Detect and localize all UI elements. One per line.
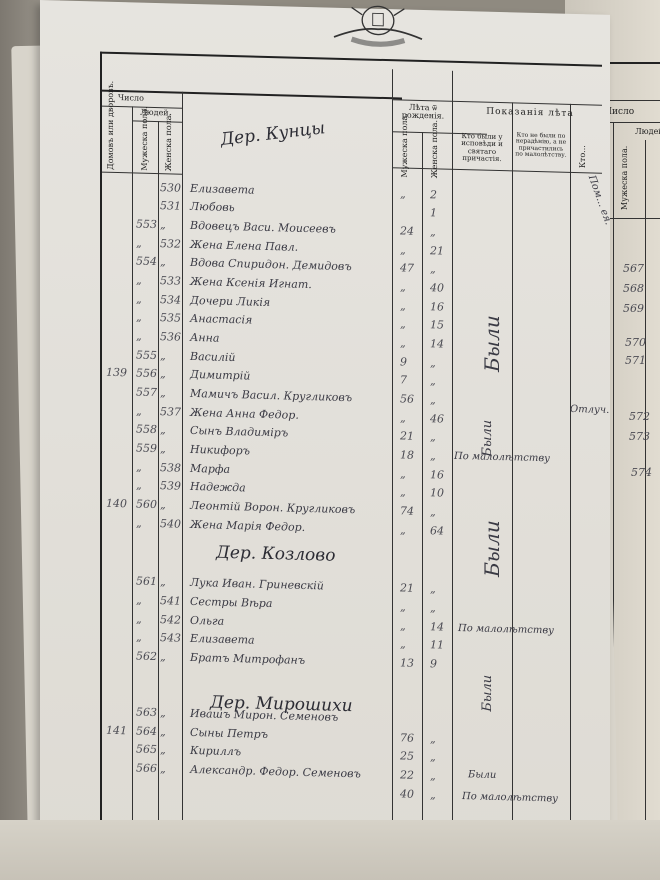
remark-vertical: Были (480, 642, 495, 712)
row-m: 562 (136, 650, 157, 664)
row-age-f: „ (430, 262, 436, 275)
row-name: Анна (190, 331, 219, 345)
row-age-m: 7 (400, 373, 407, 386)
row-m: 565 (136, 743, 157, 757)
right-header-people: Людей. (635, 128, 660, 136)
row-m: 560 (136, 498, 157, 512)
row-age-f: 11 (430, 638, 444, 651)
row-age-f: „ (430, 430, 436, 443)
row-age-f: „ (430, 769, 436, 782)
row-age-m: 22 (400, 768, 414, 781)
row-name: Ольга (190, 614, 224, 628)
row-age-f: 9 (430, 657, 437, 670)
row-age-f: „ (430, 393, 436, 406)
row-f: 535 (160, 311, 181, 325)
row-household: 141 (106, 724, 127, 738)
row-age-f: 2 (430, 188, 437, 201)
row-f: 534 (160, 293, 181, 307)
row-age-f: „ (430, 601, 436, 614)
row-age-f: „ (430, 582, 436, 595)
row-f: 530 (160, 181, 181, 195)
row-m: 563 (136, 706, 157, 720)
row-f: „ (160, 575, 166, 588)
row-f: „ (160, 725, 166, 738)
row-age-m: „ (400, 336, 406, 349)
row-age-m: 25 (400, 749, 414, 762)
row-name: Димитрій (190, 368, 250, 383)
row-age-f: 16 (430, 300, 444, 313)
row-age-m: „ (400, 187, 406, 200)
row-age-m: „ (400, 280, 406, 293)
row-age-f: 14 (430, 337, 444, 350)
row-household: 140 (106, 497, 127, 511)
row-name: Марфа (190, 462, 230, 476)
row-age-m: „ (400, 299, 406, 312)
row-f: „ (160, 442, 166, 455)
row-age-m: „ (400, 523, 406, 536)
row-m: „ (136, 237, 142, 250)
right-col-male: Мужеска пола. (620, 140, 629, 210)
row-m: „ (136, 311, 142, 324)
row-f: 531 (160, 199, 181, 213)
right-number: 568 (623, 282, 644, 295)
row-age-m: 21 (400, 429, 414, 442)
row-age-f: „ (430, 449, 436, 462)
row-m: „ (136, 330, 142, 343)
row-f: „ (160, 367, 166, 380)
row-age-f: 16 (430, 468, 444, 481)
row-name: Любовь (190, 200, 235, 214)
ledger-page: Число Людей. Домовъ или дворовъ. Мужеска… (40, 0, 610, 875)
row-m: 553 (136, 218, 157, 232)
right-number: 574 (631, 466, 652, 479)
row-age-m: „ (400, 485, 406, 498)
row-f: 539 (160, 479, 181, 493)
header-age-male: Мужеска пола. (400, 137, 409, 177)
row-name: Сыны Петръ (190, 726, 268, 741)
row-age-m: 74 (400, 504, 414, 517)
row-f: 533 (160, 274, 181, 288)
right-number: 571 (625, 354, 646, 367)
row-m: „ (136, 631, 142, 644)
row-name: Анастасія (190, 312, 252, 327)
row-age-m: „ (400, 619, 406, 632)
right-number: 573 (629, 430, 650, 443)
row-age-f: 15 (430, 318, 444, 331)
row-m: „ (136, 461, 142, 474)
row-age-f: „ (430, 788, 436, 801)
row-f: „ (160, 218, 166, 231)
header-not-confessed: Кто не были по нерадѣнію, а не причастил… (514, 132, 568, 159)
row-m: „ (136, 405, 142, 418)
row-m: 564 (136, 725, 157, 739)
row-f: „ (160, 743, 166, 756)
header-confessed: Кто были у исповѣди и святаго причастія. (454, 133, 510, 164)
row-m: 556 (136, 367, 157, 381)
row-name: Никифоръ (190, 443, 250, 458)
row-age-f: 46 (430, 412, 444, 425)
row-age-f: „ (430, 374, 436, 387)
header-age-female: Женска пола. (430, 138, 439, 178)
row-age-f: „ (430, 750, 436, 763)
row-f: 543 (160, 631, 181, 645)
remark-vertical: Были (480, 507, 504, 578)
row-m: „ (136, 479, 142, 492)
row-f: 536 (160, 330, 181, 344)
row-name: Надежда (190, 480, 246, 494)
row-name: Елизавета (190, 632, 255, 647)
row-m: 559 (136, 442, 157, 456)
row-f: „ (160, 349, 166, 362)
row-age-m: 18 (400, 448, 414, 461)
row-f: 542 (160, 613, 181, 627)
row-f: 540 (160, 517, 181, 531)
row-m: „ (136, 274, 142, 287)
remark-were: Были (468, 769, 496, 781)
row-age-f: 10 (430, 486, 444, 499)
row-age-m: „ (400, 317, 406, 330)
row-age-f: „ (430, 505, 436, 518)
header-number: Число (118, 94, 144, 103)
row-name: Сестры Вѣра (190, 595, 272, 610)
page-edges (0, 820, 660, 880)
section-title: Дер. Козлово (216, 543, 335, 566)
row-m: 555 (136, 349, 157, 363)
header-male: Мужеска пола. (140, 127, 149, 171)
row-f: 532 (160, 237, 181, 251)
row-age-f: 21 (430, 244, 444, 257)
row-age-m: „ (400, 243, 406, 256)
row-m: „ (136, 293, 142, 306)
row-f: „ (160, 650, 166, 663)
row-age-f: „ (430, 732, 436, 745)
row-name: Жена Елена Павл. (190, 238, 298, 254)
right-number: 572 (629, 410, 650, 423)
row-age-m: 13 (400, 656, 414, 669)
row-m: 566 (136, 762, 157, 776)
row-age-f: 1 (430, 206, 437, 219)
right-number: 570 (625, 336, 646, 349)
row-f: „ (160, 255, 166, 268)
row-age-f: 64 (430, 524, 444, 537)
eagle-emblem-icon (318, 1, 438, 48)
row-age-f: 14 (430, 620, 444, 633)
row-age-m: „ (400, 637, 406, 650)
row-age-m: „ (400, 467, 406, 480)
row-f: „ (160, 706, 166, 719)
row-m: 558 (136, 423, 157, 437)
row-f: „ (160, 423, 166, 436)
row-f: „ (160, 762, 166, 775)
row-f: „ (160, 386, 166, 399)
row-age-m: 76 (400, 731, 414, 744)
row-age-m: 56 (400, 392, 414, 405)
row-name: Елизавета (190, 182, 255, 197)
row-age-m: 21 (400, 581, 414, 594)
row-name: Василій (190, 350, 236, 364)
header-female: Женска пола. (164, 127, 173, 171)
row-f: 541 (160, 594, 181, 608)
remark-only: Отлуч. (570, 404, 609, 416)
row-m: 561 (136, 575, 157, 589)
remark-vertical: Были (480, 222, 504, 373)
row-age-f: 40 (430, 281, 444, 294)
remark-vertical: Были (480, 397, 495, 457)
row-name: Сынъ Владиміръ (190, 424, 288, 440)
row-age-f: „ (430, 225, 436, 238)
row-age-m: 24 (400, 224, 414, 237)
row-f: 537 (160, 405, 181, 419)
row-age-m: 40 (400, 787, 414, 800)
row-m: „ (136, 613, 142, 626)
row-household: 139 (106, 366, 127, 380)
row-age-m: „ (400, 600, 406, 613)
row-age-m: „ (400, 411, 406, 424)
row-m: „ (136, 517, 142, 530)
row-age-m: 47 (400, 261, 414, 274)
row-m: „ (136, 594, 142, 607)
row-age-m: 9 (400, 355, 407, 368)
row-f: „ (160, 498, 166, 511)
header-extra: Кто... (578, 134, 587, 168)
header-households: Домовъ или дворовъ. (106, 114, 115, 170)
right-number: 569 (623, 302, 644, 315)
row-name: Дочери Ликія (190, 294, 270, 309)
row-name: Кириллъ (190, 744, 241, 758)
row-m: 557 (136, 386, 157, 400)
right-number: 567 (623, 262, 644, 275)
row-f: 538 (160, 461, 181, 475)
row-m: 554 (136, 255, 157, 269)
row-age-f: „ (430, 356, 436, 369)
